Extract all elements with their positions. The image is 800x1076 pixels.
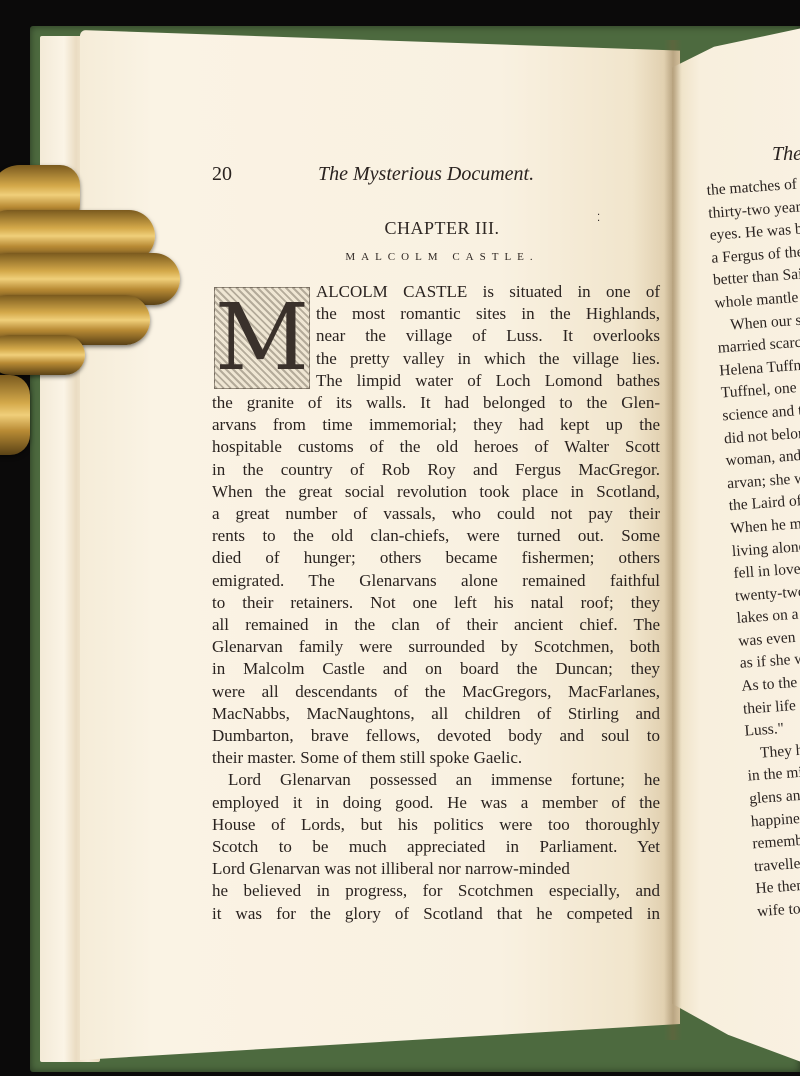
text-line: arvans from time immemorial; they had ke… (212, 414, 660, 436)
chapter-subtitle: MALCOLM CASTLE. (212, 251, 672, 263)
text-line: emigrated. The Glenarvans alone remained… (212, 570, 660, 592)
text-line: House of Lords, but his politics were to… (212, 814, 660, 836)
text-line: the most romantic sites in the Highlands… (212, 303, 660, 325)
text-line: Lord Glenarvan was not illiberal nor nar… (212, 858, 660, 880)
text-line: their master. Some of them still spoke G… (212, 747, 660, 769)
right-page-text-area: The the matches of th thirty-two years e… (680, 0, 800, 1076)
text-line: The limpid water of Loch Lomond bathes (212, 370, 660, 392)
text-line: he believed in progress, for Scotchmen e… (212, 880, 660, 902)
brass-finger (0, 335, 85, 375)
running-title: The Mysterious Document. (318, 163, 534, 186)
running-head: 20 The Mysterious Document. (212, 163, 672, 189)
text-line: ALCOLM CASTLE is situated in one of (212, 281, 660, 303)
text-line: in Malcolm Castle and on board the Dunca… (212, 658, 660, 680)
text-line: employed it in doing good. He was a memb… (212, 792, 660, 814)
text-line: When the great social revolution took pl… (212, 481, 660, 503)
text-line: rents to the old clan-chiefs, were turne… (212, 525, 660, 547)
text-line: Glenarvan family were surrounded by Scot… (212, 636, 660, 658)
text-line: a great number of vassals, who could not… (212, 503, 660, 525)
photo-scene: 20 The Mysterious Document. ⁚ CHAPTER II… (0, 0, 800, 1076)
brass-hand-page-holder (0, 145, 185, 455)
right-body-text: the matches of th thirty-two years eyes.… (706, 172, 800, 924)
text-line: in the country of Rob Roy and Fergus Mac… (212, 459, 660, 481)
text-line: were all descendants of the MacGregors, … (212, 681, 660, 703)
text-line: all remained in the clan of their ancien… (212, 614, 660, 636)
text-line: MacNabbs, MacNaughtons, all children of … (212, 703, 660, 725)
text-line: near the village of Luss. It overlooks (212, 325, 660, 347)
text-line: died of hunger; others became fishermen;… (212, 547, 660, 569)
text-line: hospitable customs of the old heroes of … (212, 436, 660, 458)
text-line: Scotch to be much appreciated in Parliam… (212, 836, 660, 858)
body-text: ALCOLM CASTLE is situated in one of the … (212, 281, 660, 925)
text-line: Dumbarton, brave fellows, devoted body a… (212, 725, 660, 747)
page-number: 20 (212, 163, 232, 186)
text-line: the pretty valley in which the village l… (212, 348, 660, 370)
text-line: to their retainers. Not one left his nat… (212, 592, 660, 614)
text-line: the granite of its walls. It had belonge… (212, 392, 660, 414)
text-line: it was for the glory of Scotland that he… (212, 903, 660, 925)
right-running-title: The (772, 143, 800, 166)
chapter-title: CHAPTER III. (212, 218, 672, 239)
brass-wrist (0, 375, 30, 455)
text-line: Lord Glenarvan possessed an immense fort… (212, 769, 660, 791)
